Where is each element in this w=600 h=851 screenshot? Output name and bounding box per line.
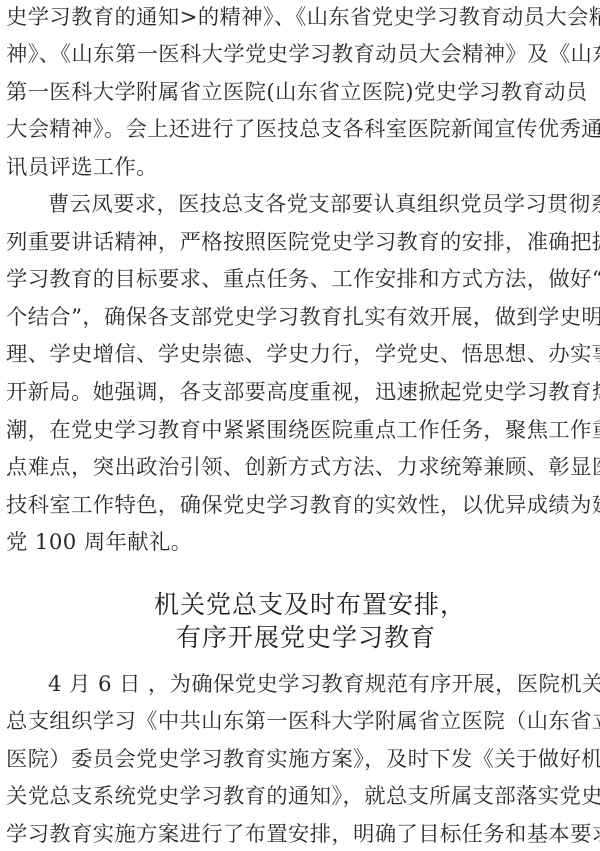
text-line: 技科室工作特色，确保党史学习教育的实效性，以优异成绩为建: [6, 493, 596, 519]
text-line: 大会精神》。会上还进行了医技总支各科室医院新闻宣传优秀通: [6, 117, 596, 143]
text-line: 医院）委员会党史学习教育实施方案》，及时下发《关于做好机: [6, 747, 596, 773]
text-line: 学习教育实施方案进行了布置安排，明确了目标任务和基本要求。: [6, 822, 596, 848]
text-line: 第一医科大学附属省立医院(山东省立医院)党史学习教育动员: [6, 80, 596, 106]
text-line: 关党总支系统党史学习教育的通知》，就总支所属支部落实党史: [6, 784, 596, 810]
text-line: 讯员评选工作。: [6, 155, 596, 181]
headline-line-2: 有序开展党史学习教育: [0, 623, 600, 653]
text-line: 总支组织学习《中共山东第一医科大学附属省立医院（山东省立: [6, 709, 596, 735]
headline-line-1: 机关党总支及时布置安排，: [0, 590, 600, 620]
text-line: 4 月 6 日 ，为确保党史学习教育规范有序开展，医院机关党: [48, 672, 600, 698]
text-line: 开新局。她强调，各支部要高度重视，迅速掀起党史学习教育热: [6, 380, 596, 406]
text-line: 潮，在党史学习教育中紧紧围绕医院重点工作任务，聚焦工作重: [6, 418, 596, 444]
text-line: 个结合”，确保各支部党史学习教育扎实有效开展，做到学史明: [6, 305, 596, 331]
document-page: 史学习教育的通知>的精神》、《山东省党史学习教育动员大会精 神》、《山东第一医科…: [0, 0, 600, 851]
text-line: 列重要讲话精神，严格按照医院党史学习教育的安排，准确把握: [6, 230, 596, 256]
text-line: 党 100 周年献礼。: [6, 530, 596, 556]
text-line: 点难点，突出政治引领、创新方式方法、力求统筹兼顾、彰显医: [6, 455, 596, 481]
text-line: 学习教育的目标要求、重点任务、工作安排和方式方法，做好“五: [6, 267, 596, 293]
text-line: 神》、《山东第一医科大学党史学习教育动员大会精神》及《山东: [6, 42, 596, 68]
text-line: 理、学史增信、学史崇德、学史力行，学党史、悟思想、办实事、: [6, 342, 596, 368]
text-line: 史学习教育的通知>的精神》、《山东省党史学习教育动员大会精: [6, 5, 596, 31]
text-line: 曹云凤要求，医技总支各党支部要认真组织党员学习贯彻系: [48, 192, 600, 218]
